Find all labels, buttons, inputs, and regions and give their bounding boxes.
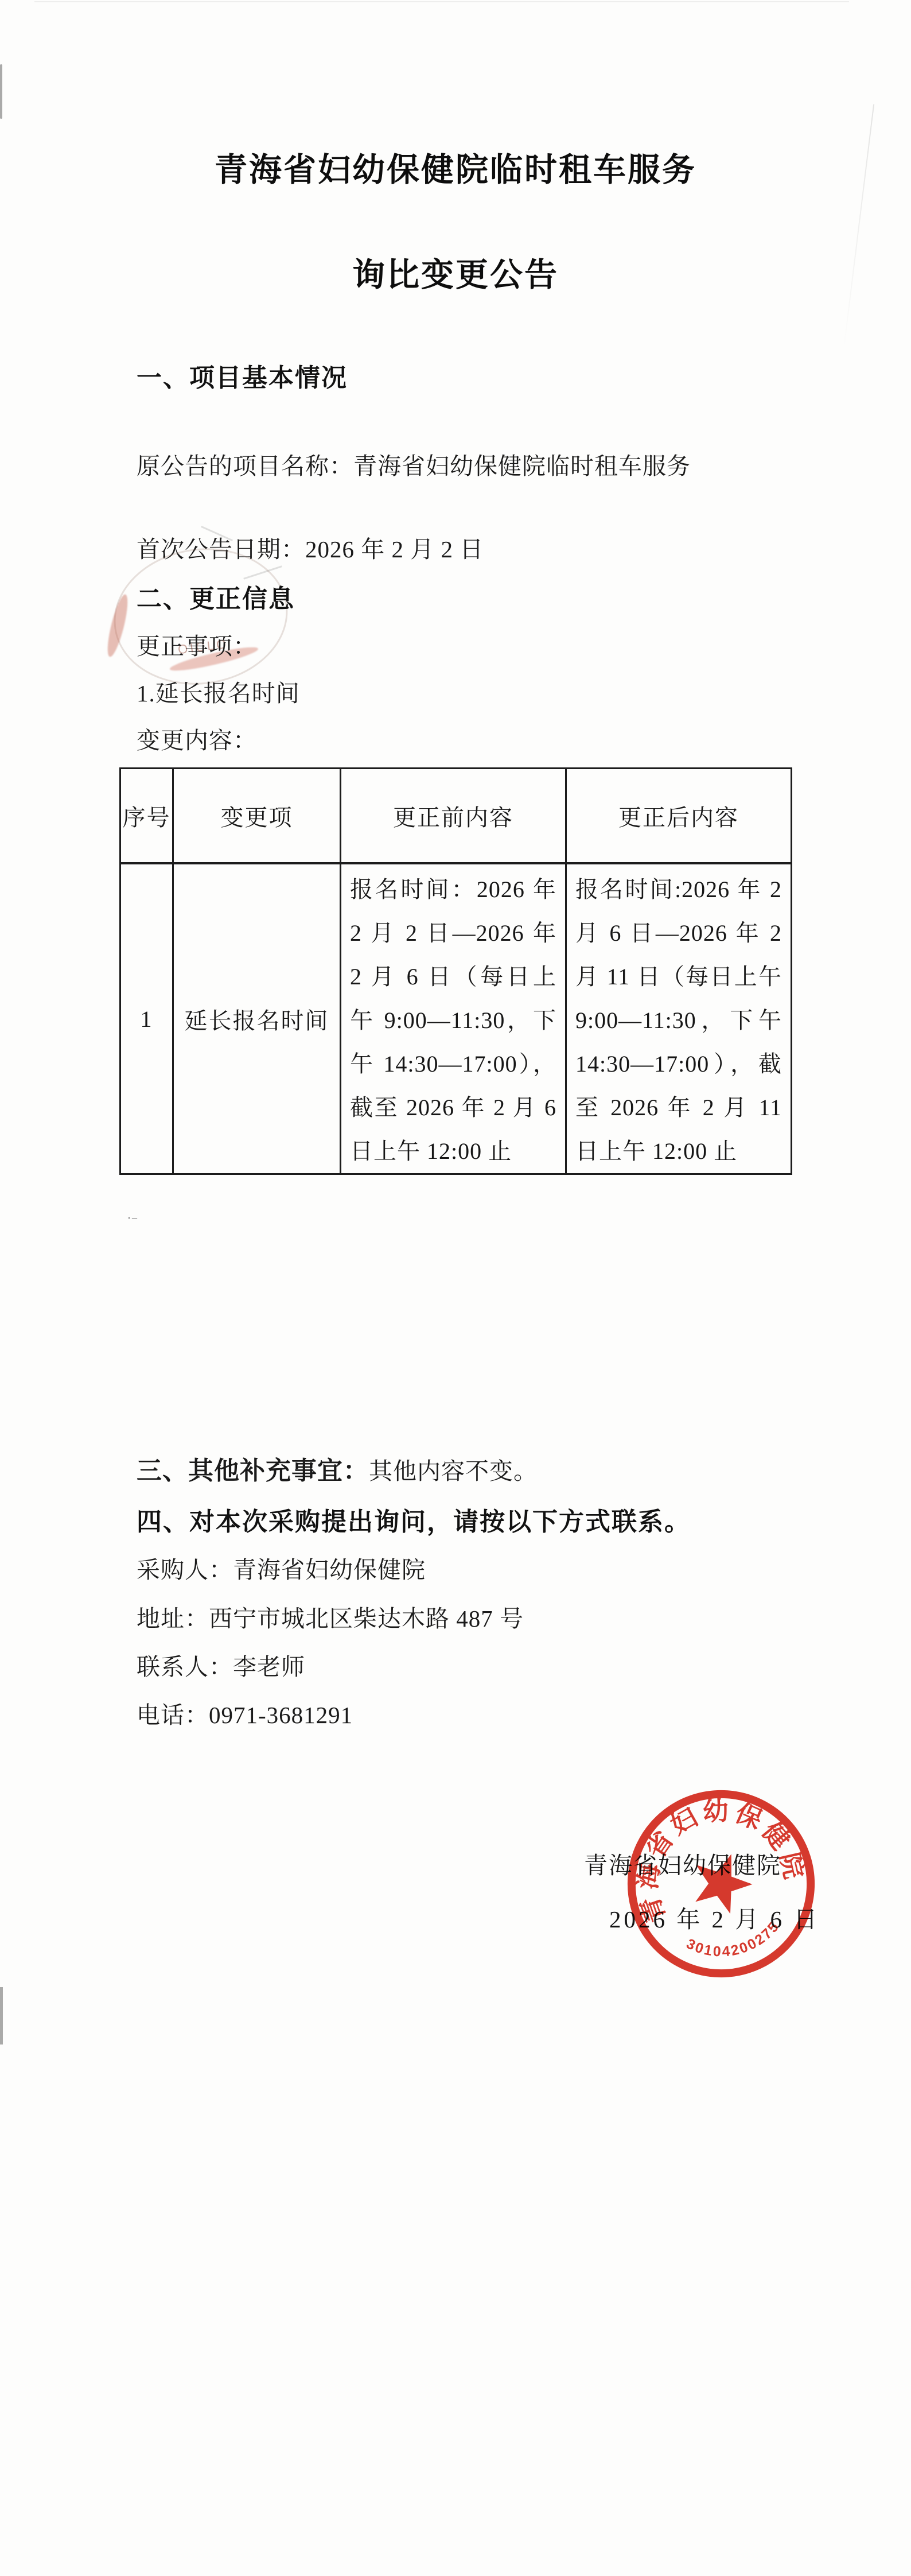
contact-person: 联系人：李老师 xyxy=(137,1648,305,1682)
correction-items-label: 更正事项： xyxy=(137,627,257,661)
scan-artifact-left-edge-top xyxy=(0,64,2,119)
section2-heading: 二、更正信息 xyxy=(137,578,295,615)
col-header-after: 更正后内容 xyxy=(566,769,792,864)
correction-table: 序号 变更项 更正前内容 更正后内容 1 延长报名时间 报名时间：2026 年 … xyxy=(119,767,792,1175)
correction-table-row: 1 延长报名时间 报名时间：2026 年 2 月 2 日—2026 年 2 月 … xyxy=(120,863,792,1174)
doc-title-line1: 青海省妇幼保健院临时租车服务 xyxy=(0,143,911,191)
col-header-item: 变更项 xyxy=(173,769,341,864)
contact-buyer: 采购人：青海省妇幼保健院 xyxy=(137,1551,426,1585)
svg-text:青海省妇幼保健院: 青海省妇幼保健院 xyxy=(630,1790,815,1937)
section1-heading: 一、项目基本情况 xyxy=(137,357,348,394)
ghost-stamp-ring xyxy=(105,537,297,696)
row-no: 1 xyxy=(120,863,173,1174)
correction-item-1: 1.延长报名时间 xyxy=(137,674,300,708)
scan-artifact-left-edge-bottom xyxy=(0,1987,3,2044)
scan-artifact-right-fold xyxy=(843,104,874,349)
official-seal-stamp: 青海省妇幼保健院 6301042002753 xyxy=(612,1774,831,1993)
section4-heading: 四、对本次采购提出询问，请按以下方式联系。 xyxy=(137,1501,691,1538)
correction-table-header-row: 序号 变更项 更正前内容 更正后内容 xyxy=(120,769,792,864)
contact-phone: 电话：0971-3681291 xyxy=(137,1696,353,1730)
row-item: 延长报名时间 xyxy=(173,863,341,1174)
section3-heading: 三、其他补充事宜： xyxy=(137,1457,369,1485)
row-before-content: 报名时间：2026 年 2 月 2 日—2026 年 2 月 6 日（每日上午 … xyxy=(341,863,566,1174)
seal-org-text: 青海省妇幼保健院 xyxy=(630,1790,815,1937)
contact-address: 地址：西宁市城北区柴达木路 487 号 xyxy=(137,1600,524,1634)
col-header-no: 序号 xyxy=(120,769,173,864)
change-content-label: 变更内容： xyxy=(137,721,257,755)
section3-line: 三、其他补充事宜：其他内容不变。 xyxy=(137,1450,538,1487)
doc-title-line2: 询比变更公告 xyxy=(0,249,911,296)
scan-speck: ·– xyxy=(127,1212,138,1224)
ghost-stamp: OICLO xyxy=(114,549,286,683)
seal-star xyxy=(693,1852,754,1915)
scanned-document-page: 青海省妇幼保健院临时租车服务 询比变更公告 一、项目基本情况 原公告的项目名称：… xyxy=(0,0,911,2576)
row-after-content: 报名时间:2026 年 2 月 6 日—2026 年 2 月 11 日（每日上午… xyxy=(566,863,792,1174)
scan-artifact-top-edge xyxy=(34,1,849,2)
original-project-name: 原公告的项目名称：青海省妇幼保健院临时租车服务 xyxy=(137,447,691,481)
section3-text: 其他内容不变。 xyxy=(369,1458,538,1484)
col-header-before: 更正前内容 xyxy=(341,769,566,864)
